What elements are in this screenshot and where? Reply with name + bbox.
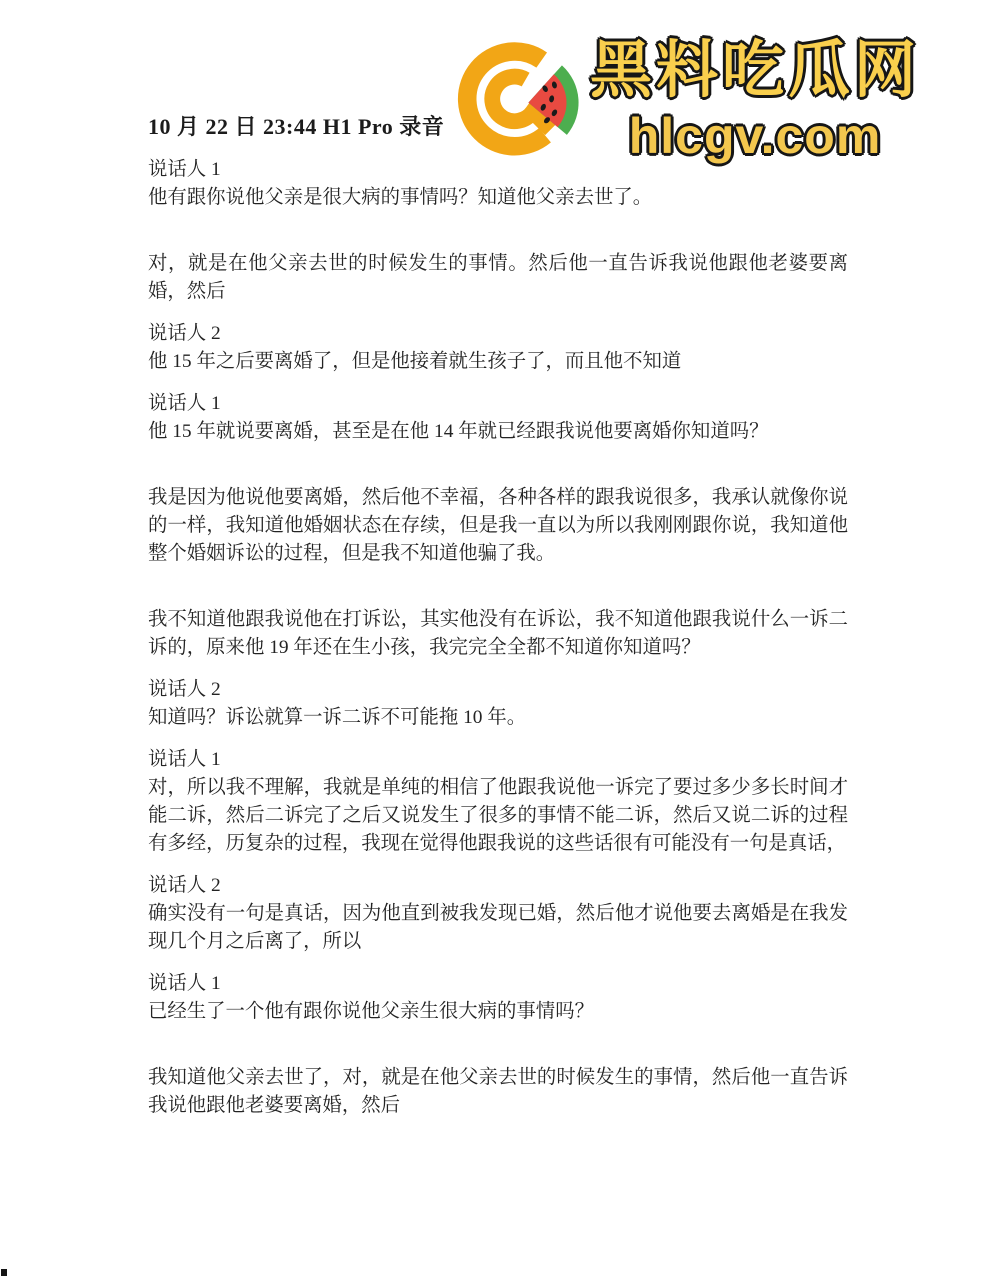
speaker-label: 说话人 2 [148,676,848,704]
transcript-block: 说话人 1 已经生了一个他有跟你说他父亲生很大病的事情吗？ [148,970,848,1026]
speech-text: 对，就是在他父亲去世的时候发生的事情。然后他一直告诉我说他跟他老婆要离婚，然后 [148,250,848,306]
page-corner-mark [1,1269,7,1276]
speaker-label: 说话人 1 [148,156,848,184]
transcript-block: 说话人 1 他有跟你说他父亲是很大病的事情吗？知道他父亲去世了。 [148,156,848,212]
speaker-label: 说话人 2 [148,320,848,348]
recording-title: 10 月 22 日 23:44 H1 Pro 录音 [148,112,848,142]
speech-text: 已经生了一个他有跟你说他父亲生很大病的事情吗？ [148,998,848,1026]
speech-text: 我知道他父亲去世了，对，就是在他父亲去世的时候发生的事情，然后他一直告诉我说他跟… [148,1064,848,1120]
speech-text: 他 15 年就说要离婚，甚至是在他 14 年就已经跟我说他要离婚你知道吗？ [148,418,848,446]
speech-text: 确实没有一句是真话，因为他直到被我发现已婚，然后他才说他要去离婚是在我发现几个月… [148,900,848,956]
speaker-label: 说话人 1 [148,970,848,998]
watermark-site-name: 黑料吃瓜网 [590,34,920,108]
speech-text: 我是因为他说他要离婚，然后他不幸福，各种各样的跟我说很多，我承认就像你说的一样，… [148,484,848,568]
transcript-block: 说话人 1 他 15 年就说要离婚，甚至是在他 14 年就已经跟我说他要离婚你知… [148,390,848,446]
transcript-block: 我不知道他跟我说他在打诉讼，其实他没有在诉讼，我不知道他跟我说什么一诉二诉的，原… [148,606,848,662]
speech-text: 对，所以我不理解，我就是单纯的相信了他跟我说他一诉完了要过多少多长时间才能二诉，… [148,774,848,858]
transcript-block: 说话人 2 知道吗？诉讼就算一诉二诉不可能拖 10 年。 [148,676,848,732]
speaker-label: 说话人 1 [148,390,848,418]
transcript-block: 说话人 1 对，所以我不理解，我就是单纯的相信了他跟我说他一诉完了要过多少多长时… [148,746,848,858]
speech-text: 他有跟你说他父亲是很大病的事情吗？知道他父亲去世了。 [148,184,848,212]
speech-text: 知道吗？诉讼就算一诉二诉不可能拖 10 年。 [148,704,848,732]
transcript-document: 10 月 22 日 23:44 H1 Pro 录音 说话人 1 他有跟你说他父亲… [148,112,848,1120]
speaker-label: 说话人 1 [148,746,848,774]
transcript-block: 对，就是在他父亲去世的时候发生的事情。然后他一直告诉我说他跟他老婆要离婚，然后 [148,250,848,306]
transcript-block: 说话人 2 确实没有一句是真话，因为他直到被我发现已婚，然后他才说他要去离婚是在… [148,872,848,956]
transcript-block: 我知道他父亲去世了，对，就是在他父亲去世的时候发生的事情，然后他一直告诉我说他跟… [148,1064,848,1120]
transcript-block: 说话人 2 他 15 年之后要离婚了，但是他接着就生孩子了，而且他不知道 [148,320,848,376]
speech-text: 我不知道他跟我说他在打诉讼，其实他没有在诉讼，我不知道他跟我说什么一诉二诉的，原… [148,606,848,662]
speaker-label: 说话人 2 [148,872,848,900]
transcript-block: 我是因为他说他要离婚，然后他不幸福，各种各样的跟我说很多，我承认就像你说的一样，… [148,484,848,568]
speech-text: 他 15 年之后要离婚了，但是他接着就生孩子了，而且他不知道 [148,348,848,376]
